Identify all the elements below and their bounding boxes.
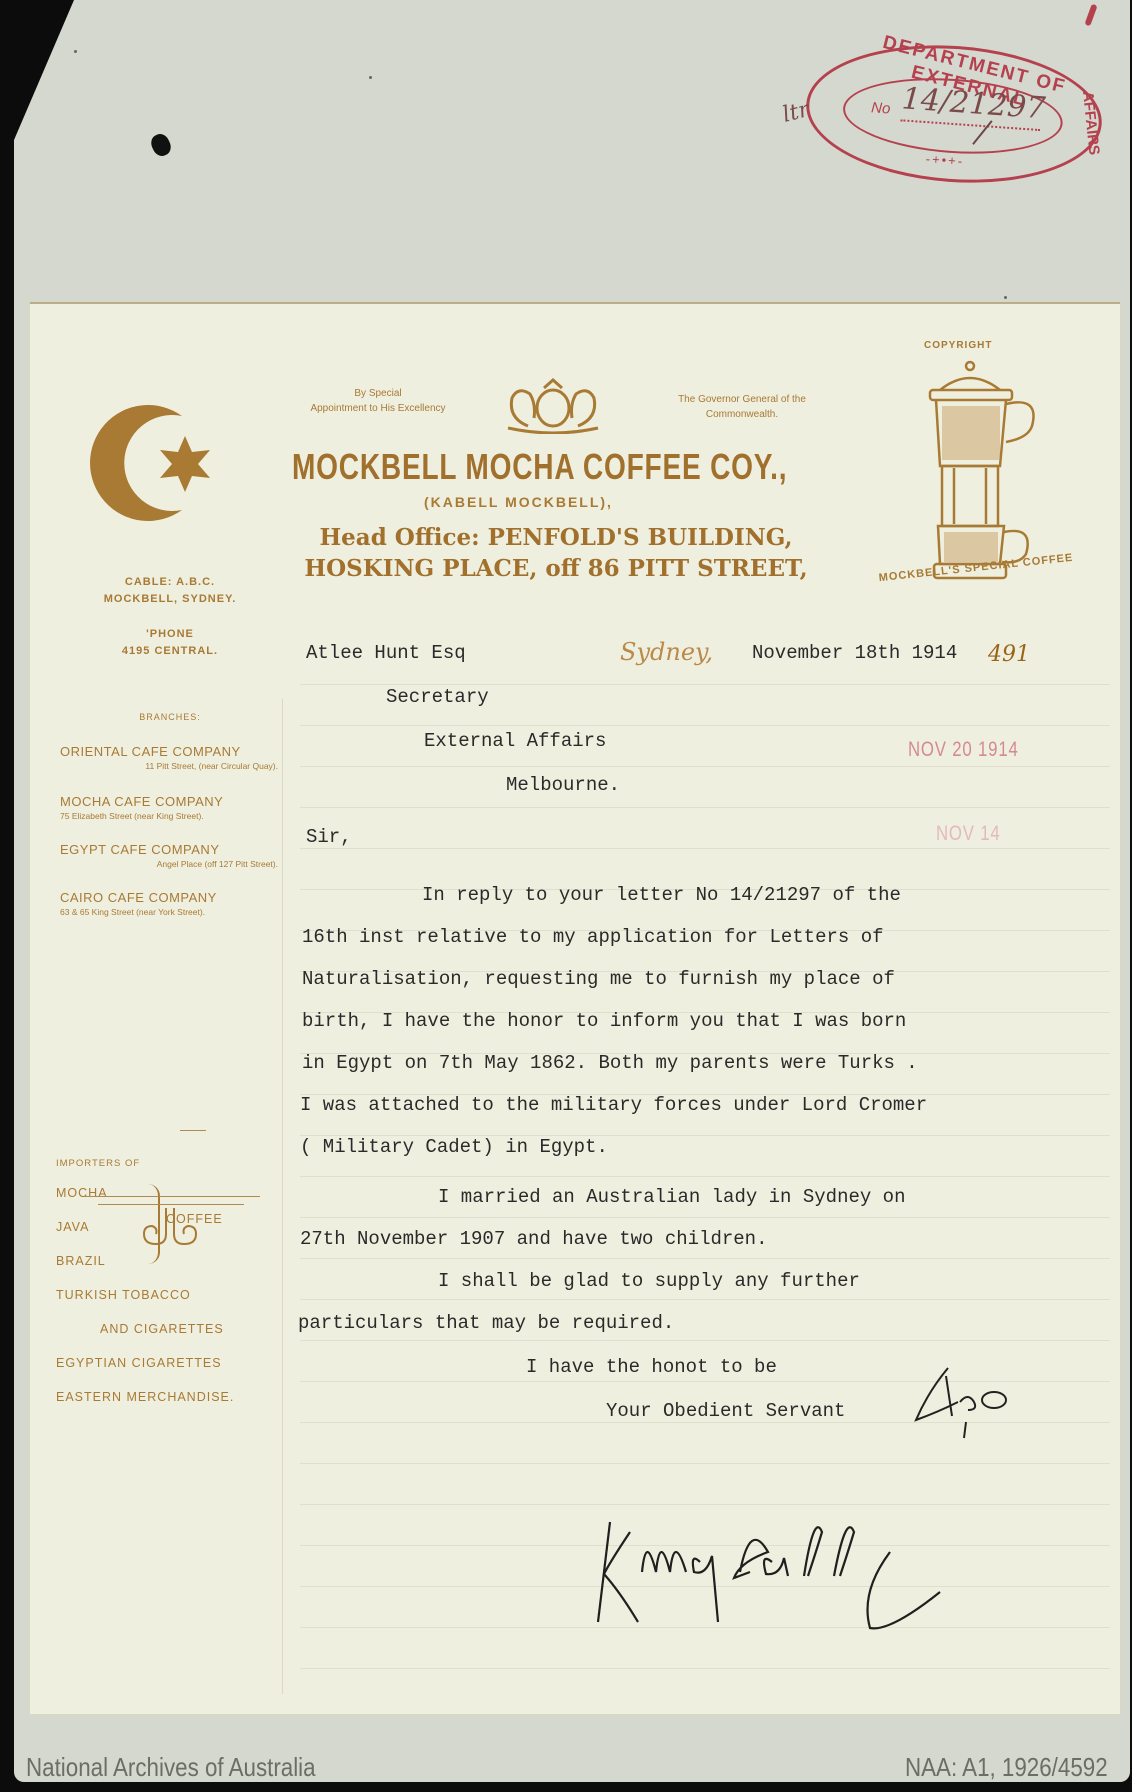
punch-hole: [148, 131, 174, 159]
paper-speck: [74, 50, 77, 53]
appointment-line: The Governor General of the: [642, 392, 842, 407]
body-line: Naturalisation, requesting me to furnish…: [302, 968, 895, 990]
scroll-flourish-icon: [130, 1208, 210, 1248]
head-office-line: Head Office: PENFOLD'S BUILDING,: [256, 522, 856, 553]
archive-name-caption: National Archives of Australia: [26, 1752, 316, 1783]
body-line: In reply to your letter No 14/21297 of t…: [422, 884, 901, 906]
recipient-department: External Affairs: [424, 730, 606, 752]
cable-address: CABLE: A.B.C. MOCKBELL, SYDNEY.: [90, 574, 250, 608]
phone-line: 4195 CENTRAL.: [90, 643, 250, 660]
branch-name: CAIRO CAFE COMPANY: [60, 890, 300, 905]
branch-item: EGYPT CAFE COMPANY Angel Place (off 127 …: [60, 842, 300, 869]
body-line: I married an Australian lady in Sydney o…: [438, 1186, 905, 1208]
branch-item: ORIENTAL CAFE COMPANY 11 Pitt Street, (n…: [60, 744, 300, 771]
branches-label: BRANCHES:: [90, 712, 250, 722]
letter-date: November 18th 1914: [752, 642, 957, 664]
body-line: ( Military Cadet) in Egypt.: [300, 1136, 608, 1158]
appointment-line: Appointment to His Excellency: [278, 401, 478, 416]
coffee-type: MOCHA: [56, 1186, 108, 1200]
branch-address: 63 & 65 King Street (near York Street).: [60, 907, 300, 917]
coffee-type: BRAZIL: [56, 1254, 106, 1268]
body-line: I shall be glad to supply any further: [438, 1270, 860, 1292]
handwritten-annotation: 491: [988, 642, 1030, 667]
coffee-percolator-illustration-icon: [910, 356, 1050, 586]
branch-name: ORIENTAL CAFE COMPANY: [60, 744, 300, 759]
product-item: TURKISH TOBACCO: [56, 1288, 191, 1302]
closing-line: I have the honot to be: [526, 1356, 777, 1378]
appointment-line: Commonwealth.: [642, 407, 842, 422]
phone-line: 'PHONE: [90, 626, 250, 643]
recipient-city: Melbourne.: [506, 774, 620, 796]
branch-address: 75 Elizabeth Street (near King Street).: [60, 811, 300, 821]
handwritten-signature-icon: [590, 1512, 960, 1632]
branch-address: 11 Pitt Street, (near Circular Quay).: [60, 761, 300, 771]
divider: [180, 1130, 206, 1131]
branch-item: MOCHA CAFE COMPANY 75 Elizabeth Street (…: [60, 794, 300, 821]
branch-name: EGYPT CAFE COMPANY: [60, 842, 300, 857]
company-proprietor: (KABELL MOCKBELL),: [424, 494, 613, 510]
branch-address: Angel Place (off 127 Pitt Street).: [60, 859, 300, 869]
salutation: Sir,: [306, 826, 352, 848]
letter-sheet: By Special Appointment to His Excellency…: [30, 302, 1120, 1714]
royal-coat-of-arms-icon: [488, 378, 618, 434]
cable-line: CABLE: A.B.C.: [90, 574, 250, 591]
appointment-text-right: The Governor General of the Commonwealth…: [642, 392, 842, 422]
archive-reference-caption: NAA: A1, 1926/4592: [905, 1752, 1108, 1783]
importers-label: IMPORTERS OF: [56, 1158, 140, 1169]
body-line: 16th inst relative to my application for…: [302, 926, 884, 948]
copyright-label: COPYRIGHT: [924, 340, 992, 351]
ornamental-rule: [84, 1196, 260, 1197]
branch-name: MOCHA CAFE COMPANY: [60, 794, 300, 809]
head-office-address: Head Office: PENFOLD'S BUILDING, HOSKING…: [256, 522, 856, 584]
head-office-line: HOSKING PLACE, off 86 PITT STREET,: [256, 553, 856, 584]
product-item: EASTERN MERCHANDISE.: [56, 1390, 234, 1404]
body-line: I was attached to the military forces un…: [300, 1094, 927, 1116]
coffee-type: JAVA: [56, 1220, 89, 1234]
appointment-line: By Special: [278, 386, 478, 401]
phone-number: 'PHONE 4195 CENTRAL.: [90, 626, 250, 660]
branch-item: CAIRO CAFE COMPANY 63 & 65 King Street (…: [60, 890, 300, 917]
product-item: EGYPTIAN CIGARETTES: [56, 1356, 222, 1370]
received-date-stamp-faint: NOV 14: [936, 822, 1001, 846]
initials-annotation-icon: [908, 1362, 1018, 1442]
body-line: in Egypt on 7th May 1862. Both my parent…: [302, 1052, 918, 1074]
stamp-no-label: No: [871, 99, 891, 117]
crescent-star-logo-icon: [90, 398, 220, 528]
recipient-title: Secretary: [386, 686, 489, 708]
body-line: birth, I have the honor to inform you th…: [302, 1010, 906, 1032]
paper-speck: [369, 76, 372, 79]
paper-speck: [1004, 296, 1007, 299]
cable-line: MOCKBELL, SYDNEY.: [90, 591, 250, 608]
closing-line: Your Obedient Servant: [606, 1400, 845, 1422]
place-of-writing: Sydney,: [620, 638, 713, 666]
ornamental-rule: [98, 1204, 244, 1205]
company-name: MOCKBELL MOCHA COFFEE COY.,: [292, 446, 729, 488]
body-line: 27th November 1907 and have two children…: [300, 1228, 767, 1250]
recipient-name: Atlee Hunt Esq: [306, 642, 466, 664]
stamp-ornament: -+•+-: [925, 151, 964, 169]
received-date-stamp: NOV 20 1914: [908, 738, 1019, 762]
appointment-text-left: By Special Appointment to His Excellency: [278, 386, 478, 416]
body-line: particulars that may be required.: [298, 1312, 674, 1334]
product-item: AND CIGARETTES: [100, 1322, 224, 1336]
